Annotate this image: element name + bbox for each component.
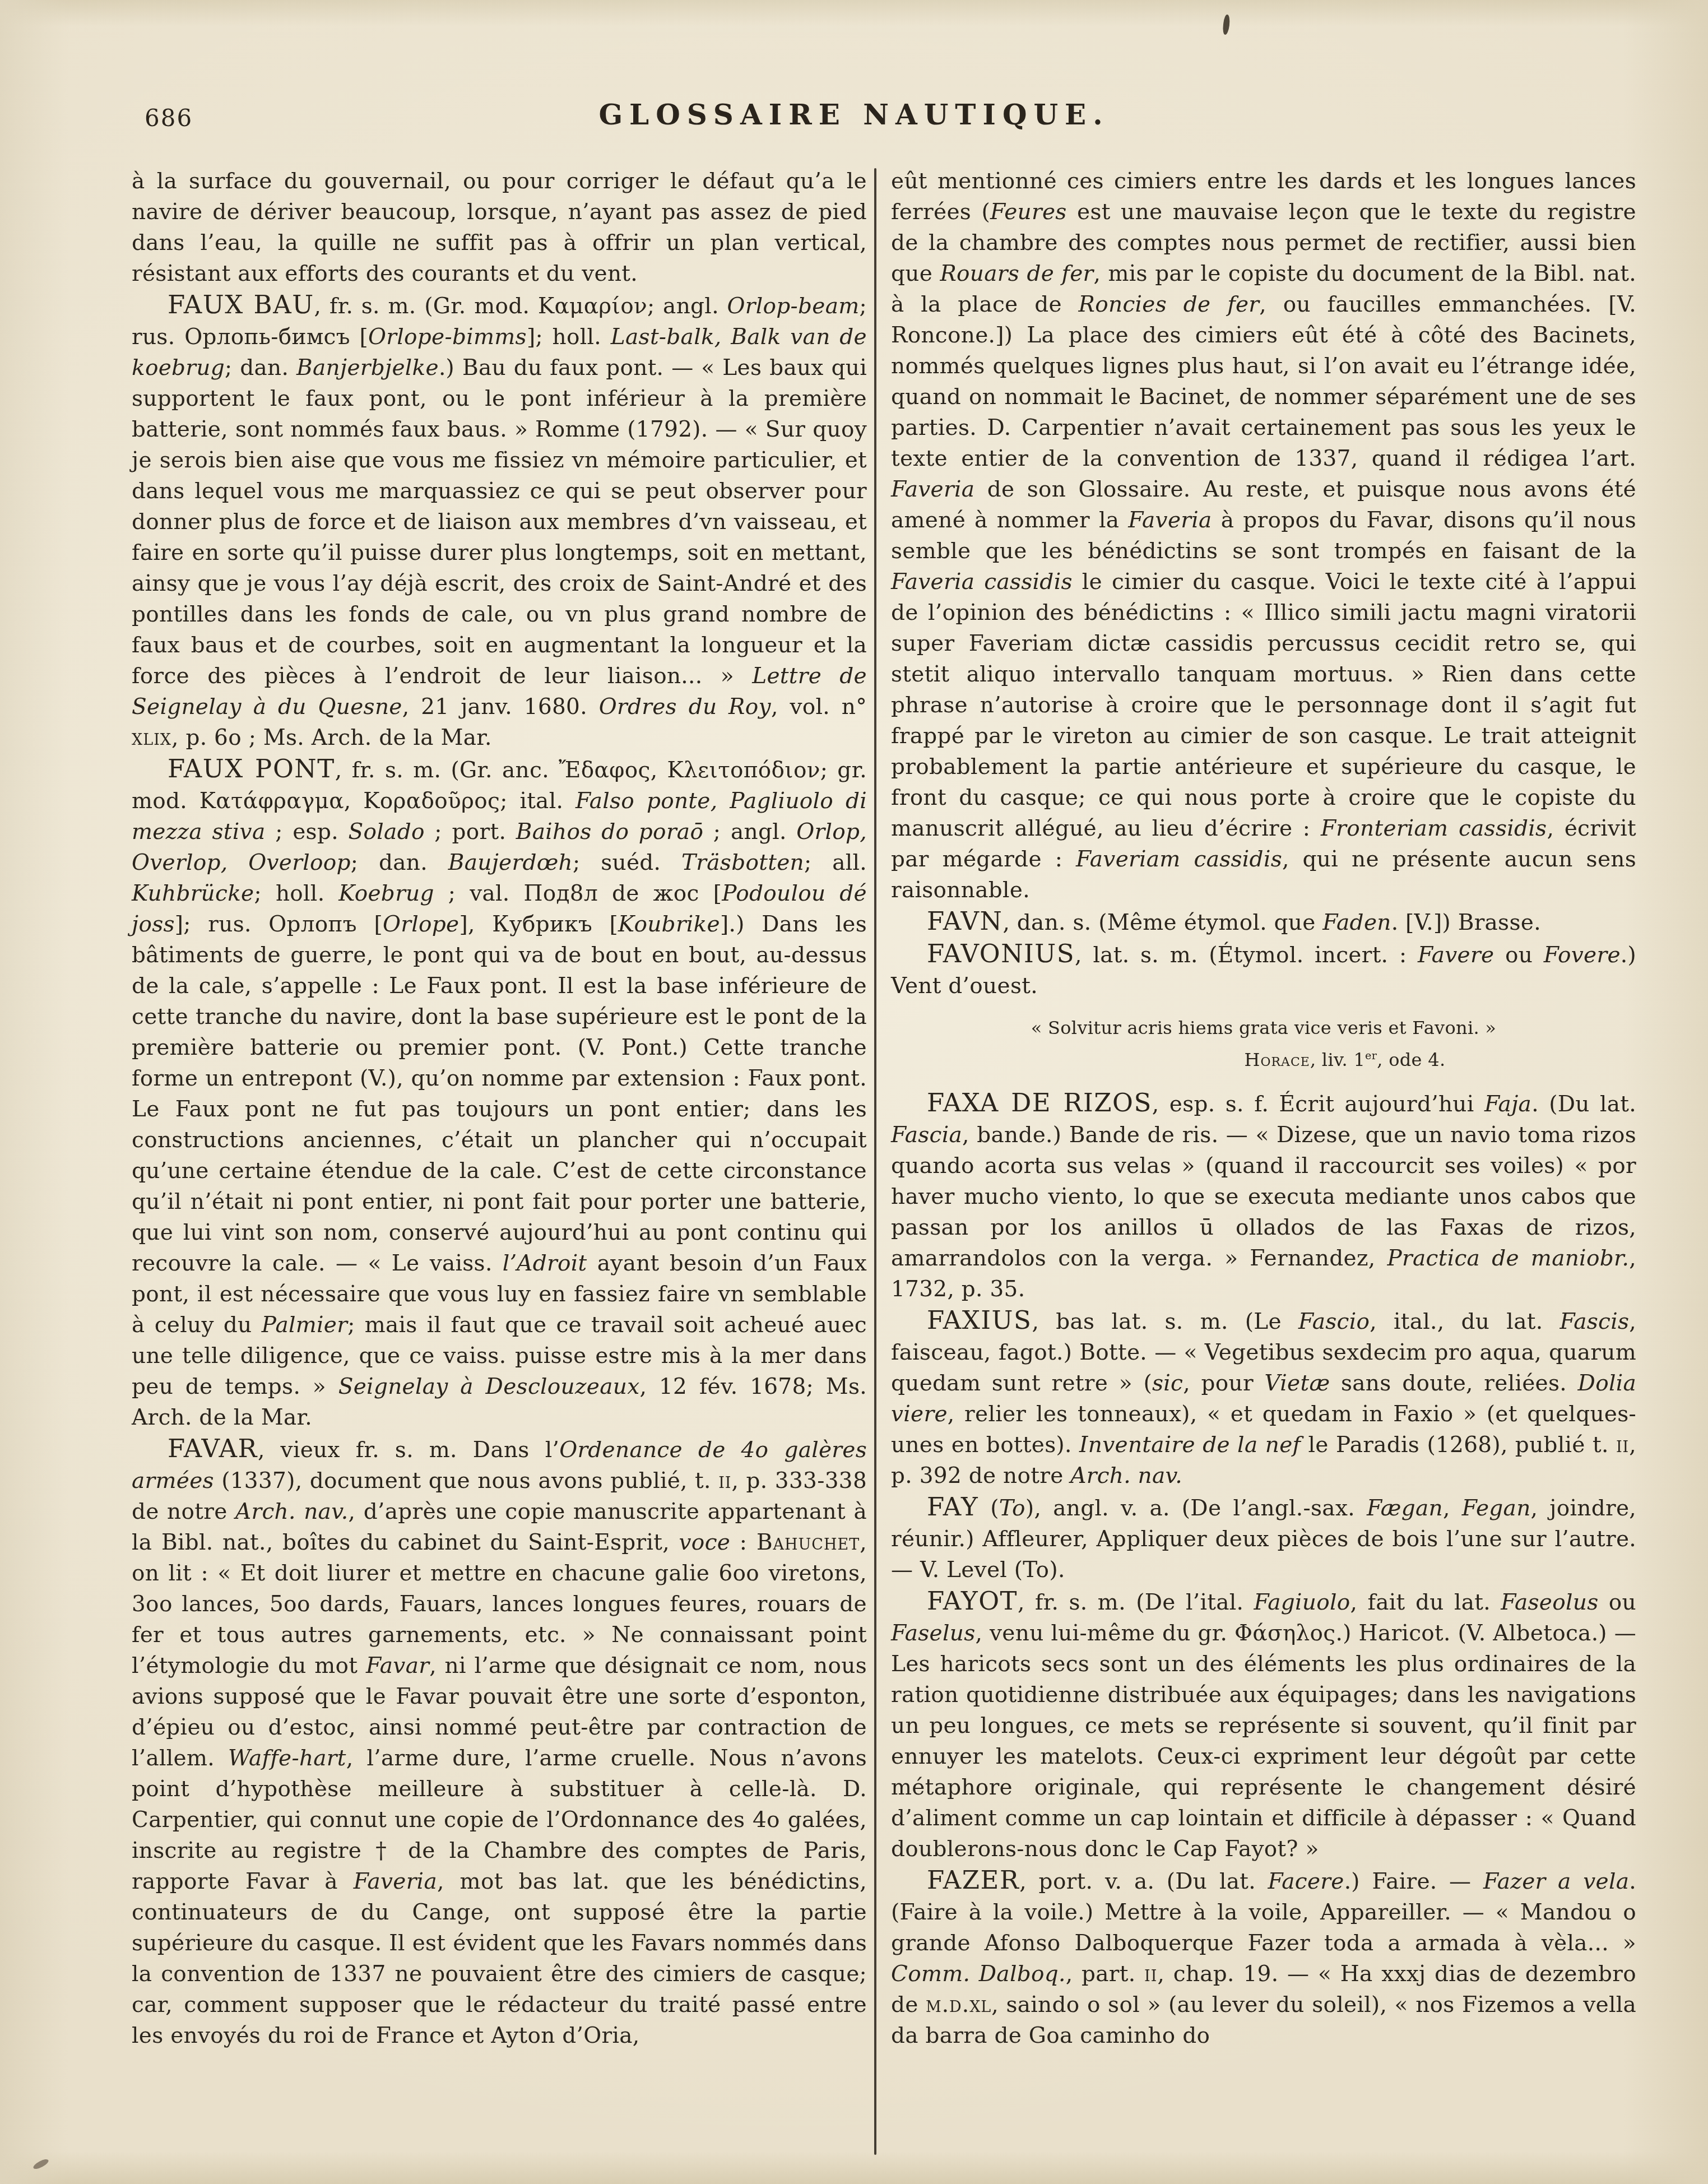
text-run: ; suéd. — [573, 850, 681, 875]
text-run: Palmier — [262, 1313, 348, 1338]
entry-favn: FAVN, dan. s. (Même étymol. que Faden. [… — [891, 906, 1636, 938]
text-run: , 21 janv. 1680. — [402, 694, 599, 720]
text-run: Inventaire de la nef — [1079, 1432, 1301, 1458]
text-run: , saindo o sol » (au lever du soleil), «… — [891, 1992, 1636, 2048]
text-run: FAYOT — [927, 1586, 1018, 1616]
ink-mark — [1222, 14, 1231, 35]
text-run: Feures — [990, 200, 1067, 225]
text-run: ; ital. — [500, 789, 575, 814]
text-run: le cimier du casque. Voici le texte cité… — [891, 569, 1636, 841]
text-run: ; port. — [425, 819, 516, 845]
text-run: Roncies de fer — [1079, 292, 1260, 317]
text-run: ; angl. — [647, 294, 727, 319]
text-run: Koebrug — [338, 881, 434, 906]
text-run: Καμαρίον — [538, 294, 647, 319]
text-run: FAUX PONT — [168, 754, 335, 783]
entry-faux-pont: FAUX PONT, fr. s. m. (Gr. anc. Ἔδαφος, Κ… — [132, 753, 867, 1433]
text-run: ], Кубрикъ [ — [459, 912, 618, 937]
text-run: .) Haricot. (V. Albetoca.) — Les haricot… — [891, 1621, 1636, 1862]
text-run: voce — [679, 1530, 731, 1555]
text-run: FAVN — [927, 906, 1002, 936]
text-run: ; dan. — [351, 850, 448, 875]
entry-fayot: FAYOT, fr. s. m. (De l’ital. Fagiuolo, f… — [891, 1585, 1636, 1865]
text-run: Fegan — [1462, 1496, 1531, 1521]
text-run: ii — [1144, 1962, 1157, 1987]
text-run: Comm. Dalboq. — [891, 1962, 1066, 1987]
text-run: Φάσηλος — [1234, 1621, 1335, 1646]
text-run: FAVAR — [168, 1434, 258, 1463]
text-run: , esp. s. f. Écrit aujourd’hui — [1152, 1092, 1484, 1117]
text-run: sans doute, reliées. — [1330, 1371, 1577, 1396]
text-run: Κλειτοπόδιον — [667, 758, 820, 783]
column-divider-rule — [874, 168, 876, 2155]
entry-faxa-de-rizos: FAXA DE RIZOS, esp. s. f. Écrit aujourd’… — [891, 1087, 1636, 1305]
text-run: Horace — [1245, 1049, 1310, 1070]
text-run: Orlope — [383, 912, 459, 937]
text-run: ii — [718, 1468, 731, 1494]
text-run: Faselus — [891, 1621, 975, 1646]
text-run: Faden — [1322, 910, 1391, 935]
text-run: Fascio — [1298, 1309, 1370, 1334]
text-run: ; all. — [804, 850, 867, 875]
text-run: Practica de maniobr. — [1387, 1246, 1630, 1271]
text-run: ; esp. — [266, 819, 349, 845]
text-run: , vol. n° — [771, 694, 867, 720]
text-run: , mot bas lat. que les bénédictins, cont… — [132, 1869, 867, 2048]
text-run: , fr. s. m. (Gr. mod. — [314, 294, 538, 319]
text-run: To — [999, 1496, 1025, 1521]
text-run: Facere — [1268, 1869, 1344, 1894]
text-run: , dan. s. (Même étymol. que — [1002, 910, 1322, 935]
text-run: Koubrike — [618, 912, 720, 937]
text-run: « Solvitur acris hiems grata vice veris … — [1031, 1017, 1497, 1038]
text-run: (1337), document que nous avons publié, … — [214, 1468, 718, 1494]
text-run: , vieux fr. s. m. Dans l’ — [258, 1438, 559, 1463]
text-run: FAZER — [927, 1865, 1019, 1895]
text-run: Favar — [366, 1653, 429, 1678]
text-run: Fagiuolo — [1254, 1590, 1350, 1615]
text-run: Arch. nav. — [1070, 1463, 1182, 1489]
text-run: Ordres du Roy — [599, 694, 771, 720]
text-run: Fovere — [1544, 943, 1621, 968]
entry-faxius: FAXIUS, bas lat. s. m. (Le Fascio, ital.… — [891, 1305, 1636, 1491]
text-run: : — [730, 1530, 756, 1555]
text-run: , ou faucilles emmanchées. [V. Roncone.]… — [891, 292, 1636, 471]
text-run: ; val. Под8л de жос [ — [434, 881, 722, 906]
text-run: Kuhbrücke — [132, 881, 254, 906]
text-run: ( — [978, 1496, 999, 1521]
text-run: le Paradis (1268), publié t. — [1301, 1432, 1616, 1458]
text-run: ou — [1598, 1590, 1636, 1615]
text-run: ]; holl. — [527, 324, 611, 350]
running-header: GLOSSAIRE NAUTIQUE. — [0, 101, 1708, 129]
text-run: .) Bau du faux pont. — « Les baux qui su… — [132, 355, 867, 689]
text-run: FAY — [927, 1492, 978, 1522]
text-run: , — [651, 758, 667, 783]
text-run: , part. — [1066, 1962, 1144, 1987]
text-run: FAXA DE RIZOS — [927, 1088, 1152, 1117]
text-run: Arch. nav. — [235, 1499, 349, 1524]
text-run: , ode 4. — [1377, 1049, 1445, 1070]
column-right: eût mentionné ces cimiers entre les dard… — [891, 166, 1636, 2051]
text-run: .) Faire. — — [1344, 1869, 1483, 1894]
text-run: FAUX BAU — [168, 290, 314, 319]
text-run: . [V.]) Brasse. — [1391, 910, 1541, 935]
text-run: Fascia — [891, 1123, 962, 1148]
text-run: ; holl. — [254, 881, 339, 906]
text-run: Waffe-hart — [228, 1746, 346, 1771]
text-run: à la surface du gouvernail, ou pour corr… — [132, 169, 867, 286]
text-run: Fægan — [1367, 1496, 1443, 1521]
entry-fazer: FAZER, port. v. a. (Du lat. Facere.) Fai… — [891, 1865, 1636, 2051]
paragraph-gouvernail-cont: à la surface du gouvernail, ou pour corr… — [132, 166, 867, 289]
text-run: Vietæ — [1265, 1371, 1330, 1396]
text-run: Rouars de fer — [940, 261, 1093, 286]
quote-horace: « Solvitur acris hiems grata vice veris … — [891, 1014, 1636, 1042]
text-run: Orlop-beam — [727, 294, 860, 319]
text-run: , venu lui-même du gr. — [975, 1621, 1234, 1646]
text-run: ii — [1616, 1432, 1629, 1458]
text-run: . (Du lat. — [1531, 1092, 1636, 1117]
text-run: xlix — [132, 725, 171, 750]
text-run: , — [344, 789, 364, 814]
attribution-horace: Horace, liv. 1er, ode 4. — [1053, 1042, 1636, 1074]
text-run: Baujerdœh — [448, 850, 573, 875]
text-run: Ἔδαφος — [559, 758, 651, 783]
text-run: , liv. 1 — [1310, 1049, 1365, 1070]
text-run: , pour — [1183, 1371, 1264, 1396]
text-run: FAXIUS — [927, 1305, 1032, 1335]
text-run: Orlope-bimms — [368, 324, 527, 350]
text-run: Faseolus — [1501, 1590, 1598, 1615]
text-run: , fait du lat. — [1350, 1590, 1501, 1615]
text-run: Fascis — [1560, 1309, 1629, 1334]
text-run: er — [1365, 1049, 1377, 1062]
text-run: Fazer a vela — [1483, 1869, 1629, 1894]
column-left: à la surface du gouvernail, ou pour corr… — [132, 166, 867, 2051]
text-run: l’Adroit — [503, 1251, 587, 1276]
text-run: ].) Dans les bâtiments de guerre, le pon… — [132, 912, 867, 1276]
text-run: Κοραδοῦρος — [363, 789, 500, 814]
text-run: , fr. s. m. (Gr. anc. — [335, 758, 559, 783]
text-run: ; dan. — [225, 355, 296, 381]
text-run: sic — [1152, 1371, 1183, 1396]
text-run: Faja — [1484, 1092, 1531, 1117]
text-run: , bas lat. s. m. (Le — [1032, 1309, 1298, 1334]
entry-favar: FAVAR, vieux fr. s. m. Dans l’Ordenance … — [132, 1433, 867, 2051]
text-run: Favere — [1418, 943, 1494, 968]
text-run: m.d.xl — [926, 1992, 991, 2018]
corner-ink-mark — [32, 2158, 50, 2171]
text-run: ; angl. — [703, 819, 796, 845]
text-run: Κατάφραγμα — [199, 789, 344, 814]
text-run: ), angl. v. a. (De l’angl.-sax. — [1025, 1496, 1367, 1521]
text-run: , fr. s. m. (De l’ital. — [1018, 1590, 1254, 1615]
text-run: Träsbotten — [681, 850, 804, 875]
entry-fay: FAY (To), angl. v. a. (De l’angl.-sax. F… — [891, 1491, 1636, 1585]
text-run: , ital., du lat. — [1370, 1309, 1560, 1334]
text-run: Fronteriam cassidis — [1321, 816, 1547, 841]
text-run: Baihos do poraō — [516, 819, 703, 845]
text-run: , p. 6o ; Ms. Arch. de la Mar. — [171, 725, 492, 750]
text-run: Faveria — [891, 477, 974, 502]
text-run: Faveria cassidis — [891, 569, 1073, 595]
text-run: ou — [1494, 943, 1543, 968]
text-run: Faveria — [354, 1869, 437, 1894]
text-run: , — [1443, 1496, 1462, 1521]
text-run: Faveriam cassidis — [1076, 847, 1282, 872]
text-run: Bahuchet — [756, 1530, 860, 1555]
text-run: , lat. s. m. (Étymol. incert. : — [1075, 943, 1418, 968]
text-run: ]; rus. Орлопъ [ — [175, 912, 383, 937]
paragraph-favar-cont: eût mentionné ces cimiers entre les dard… — [891, 166, 1636, 906]
text-run: , port. v. a. (Du lat. — [1019, 1869, 1268, 1894]
text-run: FAVONIUS — [927, 939, 1075, 968]
text-run: Faveria — [1128, 508, 1212, 533]
text-run: Seignelay à Desclouzeaux — [338, 1374, 640, 1399]
entry-favonius: FAVONIUS, lat. s. m. (Étymol. incert. : … — [891, 938, 1636, 1001]
text-run: Solado — [349, 819, 425, 845]
text-run: Banjerbjelke — [296, 355, 439, 381]
entry-faux-bau: FAUX BAU, fr. s. m. (Gr. mod. Καμαρίον; … — [132, 289, 867, 753]
